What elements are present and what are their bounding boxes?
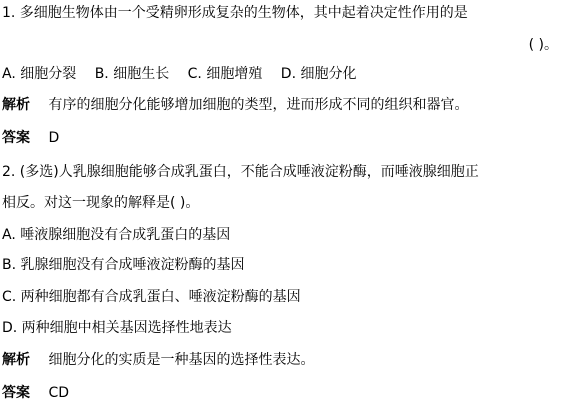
q2-option-a: A. 唾液腺细胞没有合成乳蛋白的基因	[2, 226, 230, 244]
q2-option-c: C. 两种细胞都有合成乳蛋白、唾液淀粉酶的基因	[2, 288, 301, 306]
q2-stem-line2: 相反。对这一现象的解释是( )。	[2, 194, 199, 212]
q1-analysis: 解析 有序的细胞分化能够增加细胞的类型，进而形成不同的组织和器官。	[2, 96, 468, 114]
q2-analysis-text: 细胞分化的实质是一种基因的选择性表达。	[48, 352, 314, 368]
q1-option-b: B. 细胞生长	[95, 66, 170, 82]
q2-stem-line1: 2. (多选)人乳腺细胞能够合成乳蛋白，不能合成唾液淀粉酶，而唾液腺细胞正	[2, 163, 479, 181]
q2-option-d: D. 两种细胞中相关基因选择性地表达	[2, 319, 232, 337]
q1-option-a: A. 细胞分裂	[2, 66, 76, 82]
q2-answer: 答案 CD	[2, 384, 69, 402]
q2-analysis: 解析 细胞分化的实质是一种基因的选择性表达。	[2, 351, 314, 369]
q1-answer-value: D	[48, 130, 59, 146]
q1-analysis-text: 有序的细胞分化能够增加细胞的类型，进而形成不同的组织和器官。	[48, 97, 468, 113]
q2-answer-value: CD	[48, 385, 69, 401]
q1-answer-label: 答案	[2, 130, 30, 146]
q1-answer: 答案 D	[2, 129, 59, 147]
q1-analysis-label: 解析	[2, 97, 30, 113]
q1-stem: 1. 多细胞生物体由一个受精卵形成复杂的生物体，其中起着决定性作用的是	[2, 4, 468, 22]
q1-answer-blank: ( )。	[529, 36, 558, 54]
q2-answer-label: 答案	[2, 385, 30, 401]
q1-option-c: C. 细胞增殖	[188, 66, 263, 82]
q1-options: A. 细胞分裂 B. 细胞生长 C. 细胞增殖 D. 细胞分化	[2, 65, 370, 83]
q2-option-b: B. 乳腺细胞没有合成唾液淀粉酶的基因	[2, 256, 245, 274]
q1-option-d: D. 细胞分化	[281, 66, 357, 82]
q2-analysis-label: 解析	[2, 352, 30, 368]
